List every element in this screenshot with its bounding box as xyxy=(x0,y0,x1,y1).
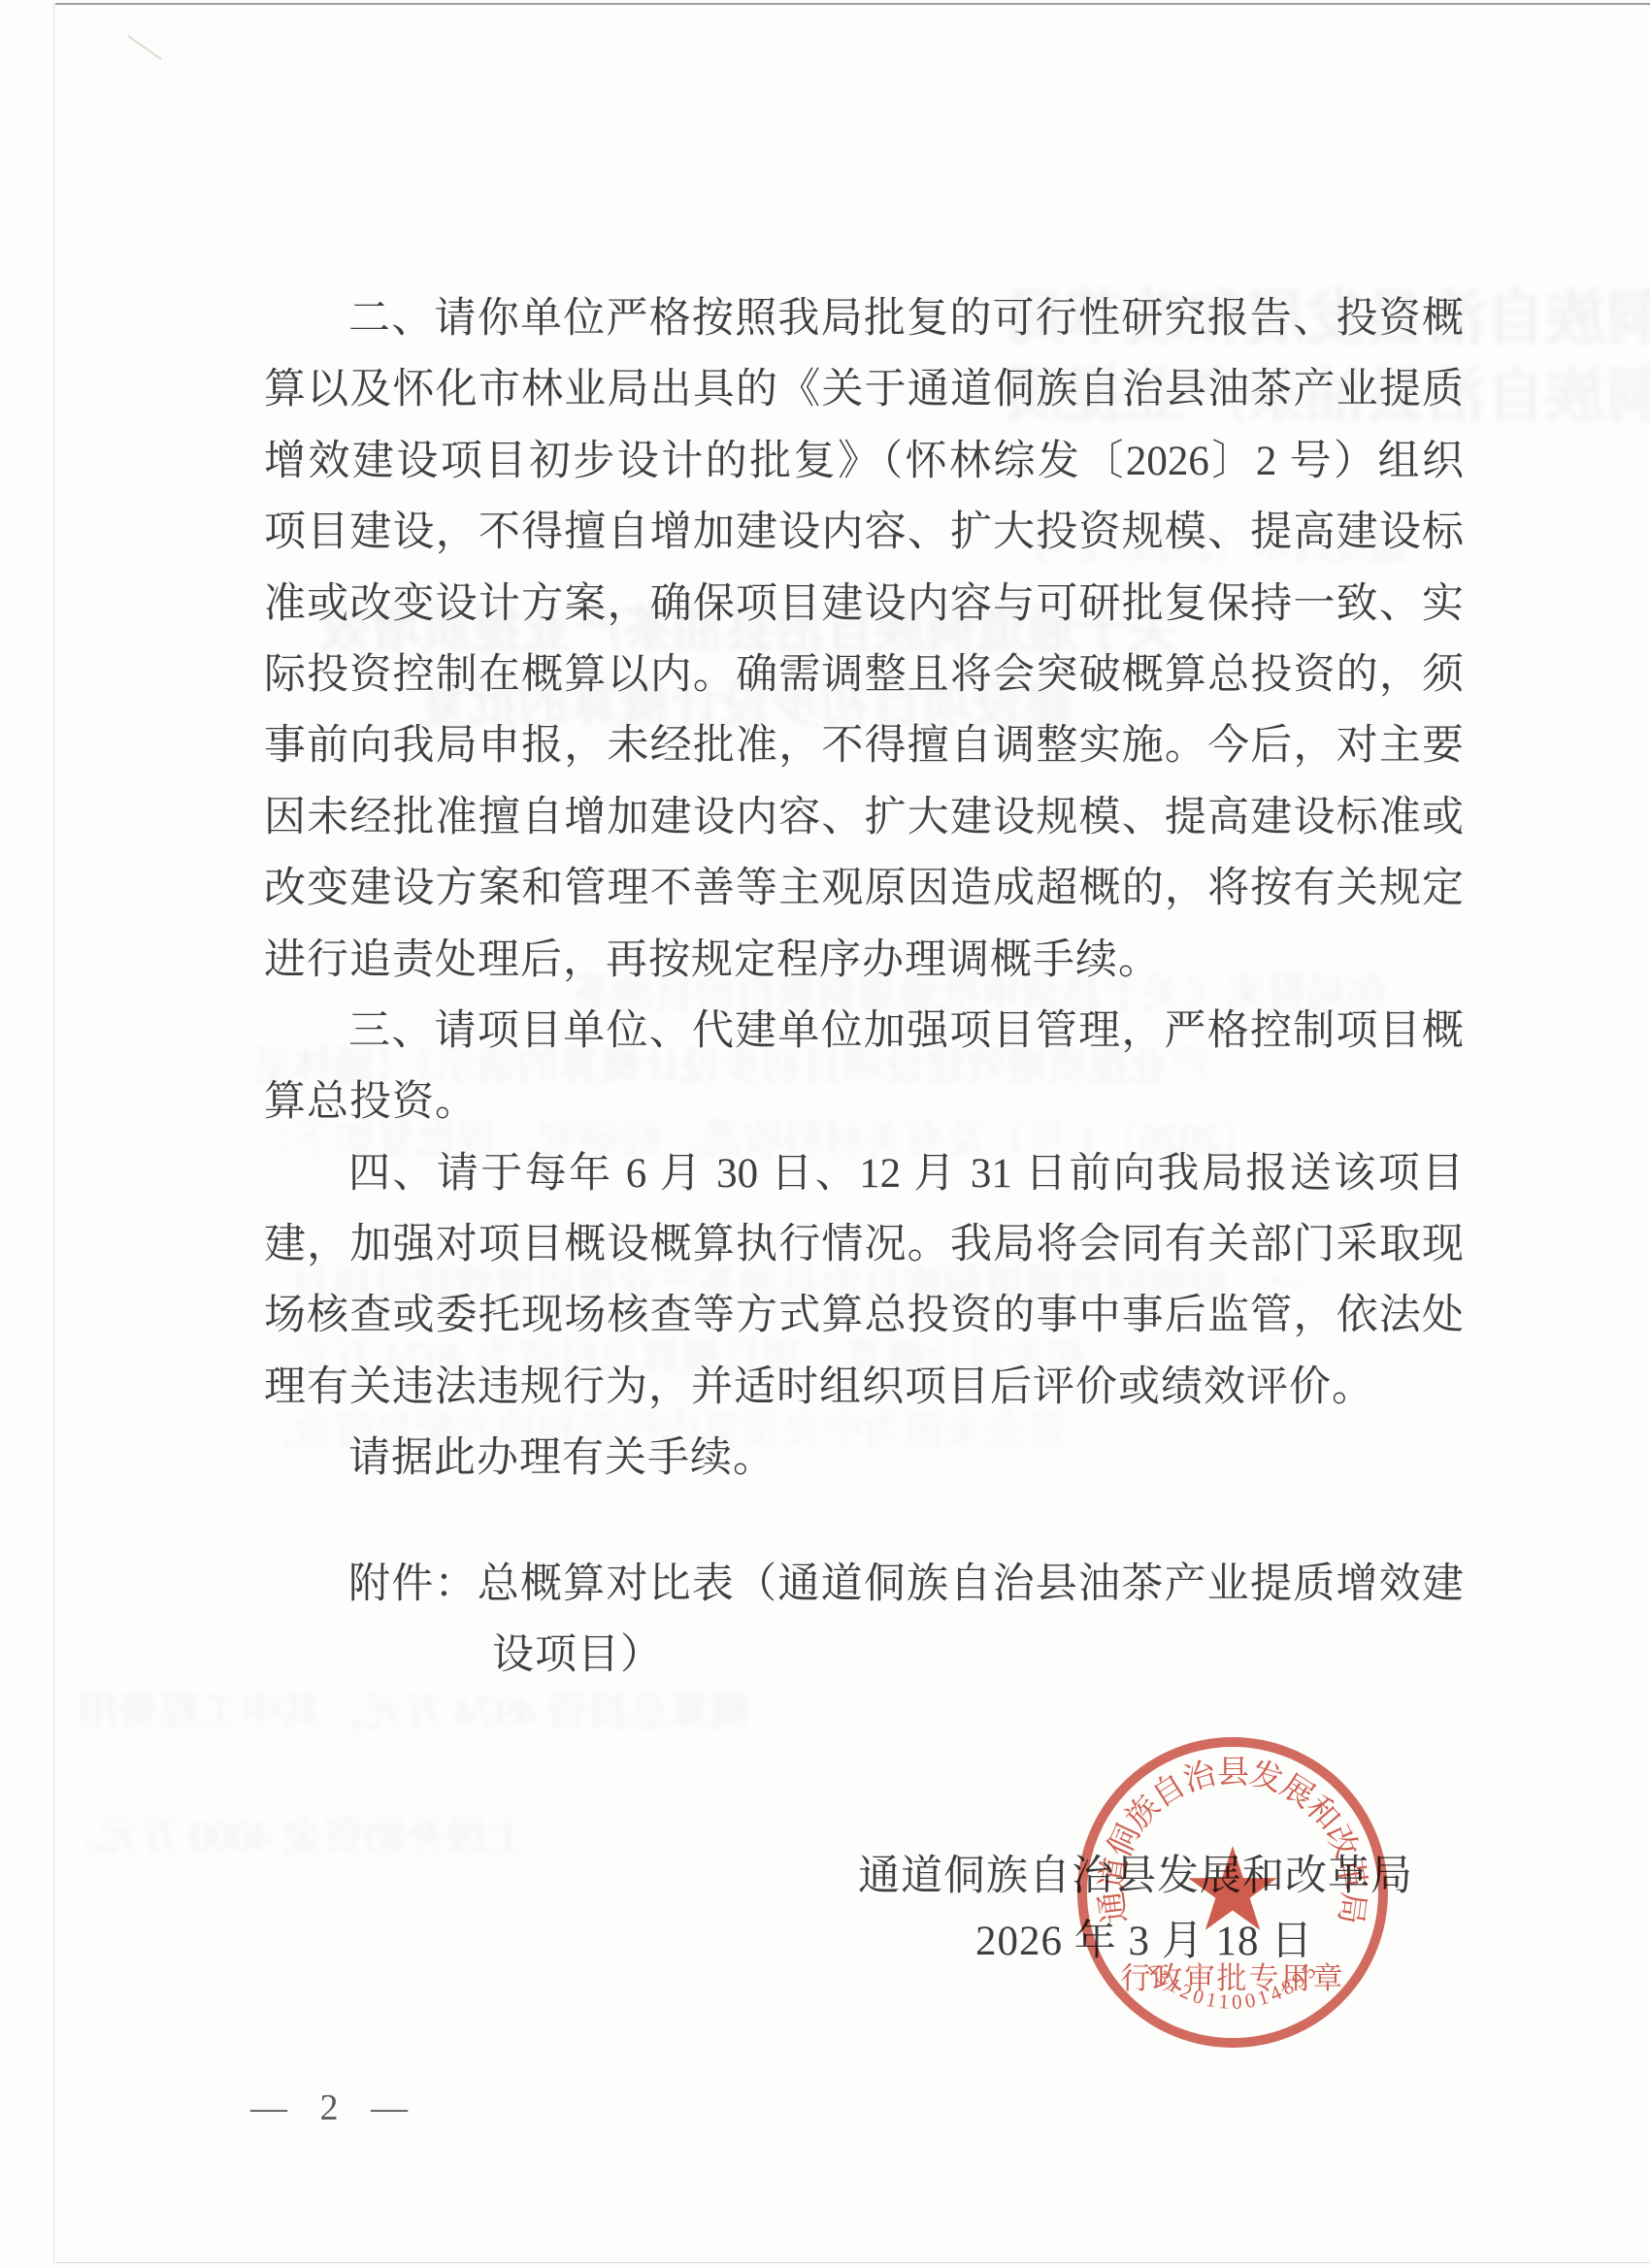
body-text-line: 算以及怀化市林业局出具的《关于通道侗族自治县油茶产业提质 xyxy=(264,354,1464,425)
body-text-line: 建，加强对项目概设概算执行情况。我局将会同有关部门采取现 xyxy=(264,1209,1464,1280)
scan-edge-top xyxy=(55,3,1650,5)
bleedthrough-text-artifact: 上级补助资金 4000 万元。 xyxy=(58,1813,527,1861)
document-body-lines: 二、请你单位严格按照我局批复的可行性研究报告、投资概算以及怀化市林业局出具的《关… xyxy=(264,283,1464,1495)
body-text-line: 进行追责处理后，再按规定程序办理调概手续。 xyxy=(264,925,1464,996)
scan-artifact-mark xyxy=(127,35,162,60)
body-text-line: 事前向我局申报，未经批准，不得擅自调整实施。今后，对主要 xyxy=(264,710,1464,781)
body-text-line: 理有关违法违规行为，并适时组织项目后评价或绩效评价。 xyxy=(264,1352,1464,1423)
body-text-line: 准或改变设计方案，确保项目建设内容与可研批复保持一致、实 xyxy=(264,569,1464,640)
body-text-line: 三、请项目单位、代建单位加强项目管理，严格控制项目概 xyxy=(264,996,1464,1067)
page-number: — 2 — xyxy=(250,2087,412,2129)
body-text-line: 际投资控制在概算以内。确需调整且将会突破概算总投资的，须 xyxy=(264,640,1464,710)
scan-edge-left xyxy=(53,3,54,2264)
body-text-line: 因未经批准擅自增加建设内容、扩大建设规模、提高建设标准或 xyxy=(264,782,1464,853)
body-text-line: 增效建设项目初步设计的批复》（怀林综发〔2026〕2 号）组织 xyxy=(264,426,1464,497)
seal-star-icon xyxy=(1188,1846,1276,1930)
body-text-line: 请据此办理有关手续。 xyxy=(264,1423,1464,1494)
bleedthrough-text-artifact: 概算总投资 4974 万元，其中工程费用 xyxy=(78,1689,750,1737)
scan-edge-bottom xyxy=(55,2262,1650,2263)
body-text-line: 场核查或委托现场核查等方式算总投资的事中事后监管，依法处 xyxy=(264,1280,1464,1351)
body-text-line: 设项目） xyxy=(264,1620,1464,1691)
body-text-line: 项目建设，不得擅自增加建设内容、扩大投资规模、提高建设标 xyxy=(264,497,1464,568)
body-text-line: 四、请于每年 6 月 30 日、12 月 31 日前向我局报送该项目 xyxy=(264,1138,1464,1209)
attachment-note-lines: 附件：总概算对比表（通道侗族自治县油茶产业提质增效建设项目） xyxy=(264,1549,1464,1692)
body-text-line: 改变建设方案和管理不善等主观原因造成超概的，将按有关规定 xyxy=(264,853,1464,924)
body-text-line: 算总投资。 xyxy=(264,1067,1464,1137)
seal-center-label: 行政审批专用章 xyxy=(1121,1961,1345,1995)
scanned-document-page: { "document": { "lines": [ {"text":"二、请你… xyxy=(0,0,1650,2268)
body-text-line: 附件：总概算对比表（通道侗族自治县油茶产业提质增效建 xyxy=(264,1549,1464,1620)
body-text-line: 二、请你单位严格按照我局批复的可行性研究报告、投资概 xyxy=(264,283,1464,354)
official-seal: 通道侗族自治县发展和改革局 43120110014895 行政审批专用章 xyxy=(1058,1718,1407,2067)
